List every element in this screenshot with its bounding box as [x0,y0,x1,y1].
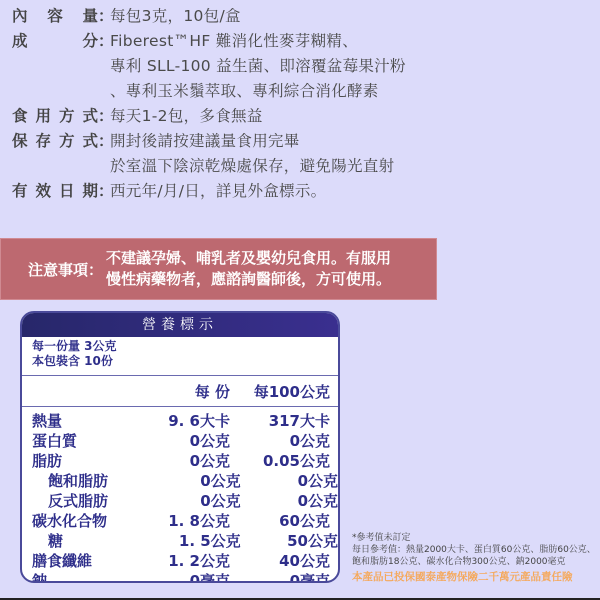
nutrition-row: 碳水化合物1. 8公克60公克 [22,511,338,531]
per-serving-value: 0公克 [132,451,230,471]
nutrient-name: 膳食纖維 [22,551,132,571]
insurance-notice: 本產品已投保國泰產物保險二千萬元產品責任險 [352,571,600,583]
per-100g-value: 0公克 [241,471,338,491]
info-colon: ： [98,4,110,29]
column-headers: 每 份 每100公克 [22,376,338,407]
per-serving-value: 1. 5公克 [145,531,240,551]
per-serving-value: 9. 6大卡 [132,411,230,431]
info-row: 內容量：每包3克，10包/盒 [12,4,452,29]
per-100g-value: 0.05公克 [230,451,330,471]
nutrient-name: 鈉 [22,571,132,583]
nutrition-rows: 熱量9. 6大卡317大卡蛋白質0公克0公克脂肪0公克0.05公克飽和脂肪0公克… [22,407,338,583]
info-label: 有效日期 [12,179,98,204]
nutrition-facts-table: 營養標示 每一份量 3公克 本包裝含 10份 每 份 每100公克 熱量9. 6… [20,311,340,583]
info-colon: ： [98,104,110,129]
per-100g-value: 317大卡 [230,411,330,431]
info-colon: ： [98,179,110,204]
info-colon: ： [98,29,110,54]
footnote-ref-not-set: *參考值未訂定 [352,532,600,544]
per-serving-value: 0公克 [145,471,240,491]
info-row: 有效日期：西元年/月/日，詳見外盒標示。 [12,179,452,204]
info-value: Fiberest™HF 難消化性麥芽糊精、 [110,29,358,54]
footnote-daily-values: 每日參考值：熱量2000大卡、蛋白質60公克、脂肪60公克、飽和脂肪18公克、碳… [352,544,600,568]
per-100g-value: 0公克 [241,491,338,511]
nutrition-row: 糖1. 5公克50公克 [22,531,338,551]
nutrition-row: 熱量9. 6大卡317大卡 [22,411,338,431]
info-value: 專利 SLL-100 益生菌、即溶覆盆莓果汁粉 [110,54,406,79]
info-row: ：於室溫下陰涼乾燥處保存，避免陽光直射 [12,154,452,179]
warning-line-2: 慢性病藥物者，應諮詢醫師後，方可使用。 [106,269,391,290]
per-100g-value: 50公克 [241,531,338,551]
per-serving-value: 0毫克 [132,571,230,583]
info-colon: ： [98,129,110,154]
info-value: 開封後請按建議量食用完畢 [110,129,300,154]
info-row: 成分：Fiberest™HF 難消化性麥芽糊精、 [12,29,452,54]
info-value: 每包3克，10包/盒 [110,4,241,29]
info-row: 食用方式：每天1-2包，多食無益 [12,104,452,129]
per-serving-value: 1. 2公克 [132,551,230,571]
per-100g-value: 0毫克 [230,571,330,583]
serving-info: 每一份量 3公克 本包裝含 10份 [22,337,338,376]
info-row: ：專利 SLL-100 益生菌、即溶覆盆莓果汁粉 [12,54,452,79]
per-serving-value: 0公克 [145,491,240,511]
nutrient-name: 脂肪 [22,451,132,471]
per-100g-value: 40公克 [230,551,330,571]
info-value: 西元年/月/日，詳見外盒標示。 [110,179,326,204]
serving-size: 每一份量 3公克 [32,339,338,354]
per-serving-value: 0公克 [132,431,230,451]
nutrient-name: 蛋白質 [22,431,132,451]
nutrient-name: 熱量 [22,411,132,431]
info-label: 食用方式 [12,104,98,129]
nutrition-row: 蛋白質0公克0公克 [22,431,338,451]
info-value: 、專利玉米鬚萃取、專利綜合消化酵素 [110,79,379,104]
info-row: ：、專利玉米鬚萃取、專利綜合消化酵素 [12,79,452,104]
info-value: 於室溫下陰涼乾燥處保存，避免陽光直射 [110,154,394,179]
warning-line-1: 不建議孕婦、哺乳者及嬰幼兒食用。有服用 [106,248,391,269]
nutrition-row: 鈉0毫克0毫克 [22,571,338,583]
warning-banner: 注意事項： 不建議孕婦、哺乳者及嬰幼兒食用。有服用 慢性病藥物者，應諮詢醫師後，… [0,238,437,300]
nutrition-row: 飽和脂肪0公克0公克 [22,471,338,491]
per-100g-value: 0公克 [230,431,330,451]
nutrition-row: 反式脂肪0公克0公克 [22,491,338,511]
info-label: 保存方式 [12,129,98,154]
servings-per-package: 本包裝含 10份 [32,354,338,369]
nutrition-title: 營養標示 [22,313,338,337]
col-per-serving: 每 份 [132,381,230,402]
warning-label: 注意事項： [28,259,104,280]
nutrient-name: 反式脂肪 [22,491,145,511]
warning-text: 不建議孕婦、哺乳者及嬰幼兒食用。有服用 慢性病藥物者，應諮詢醫師後，方可使用。 [106,248,391,290]
col-per-100g: 每100公克 [230,381,330,402]
nutrition-row: 脂肪0公克0.05公克 [22,451,338,471]
per-serving-value: 1. 8公克 [132,511,230,531]
info-label: 內容量 [12,4,98,29]
nutrient-name: 糖 [22,531,145,551]
product-info: 內容量：每包3克，10包/盒成分：Fiberest™HF 難消化性麥芽糊精、 ：… [12,4,452,204]
nutrient-name: 碳水化合物 [22,511,132,531]
nutrition-row: 膳食纖維1. 2公克40公克 [22,551,338,571]
info-label: 成分 [12,29,98,54]
nutrient-name: 飽和脂肪 [22,471,145,491]
info-row: 保存方式：開封後請按建議量食用完畢 [12,129,452,154]
info-value: 每天1-2包，多食無益 [110,104,263,129]
per-100g-value: 60公克 [230,511,330,531]
footnote: *參考值未訂定 每日參考值：熱量2000大卡、蛋白質60公克、脂肪60公克、飽和… [352,532,600,583]
